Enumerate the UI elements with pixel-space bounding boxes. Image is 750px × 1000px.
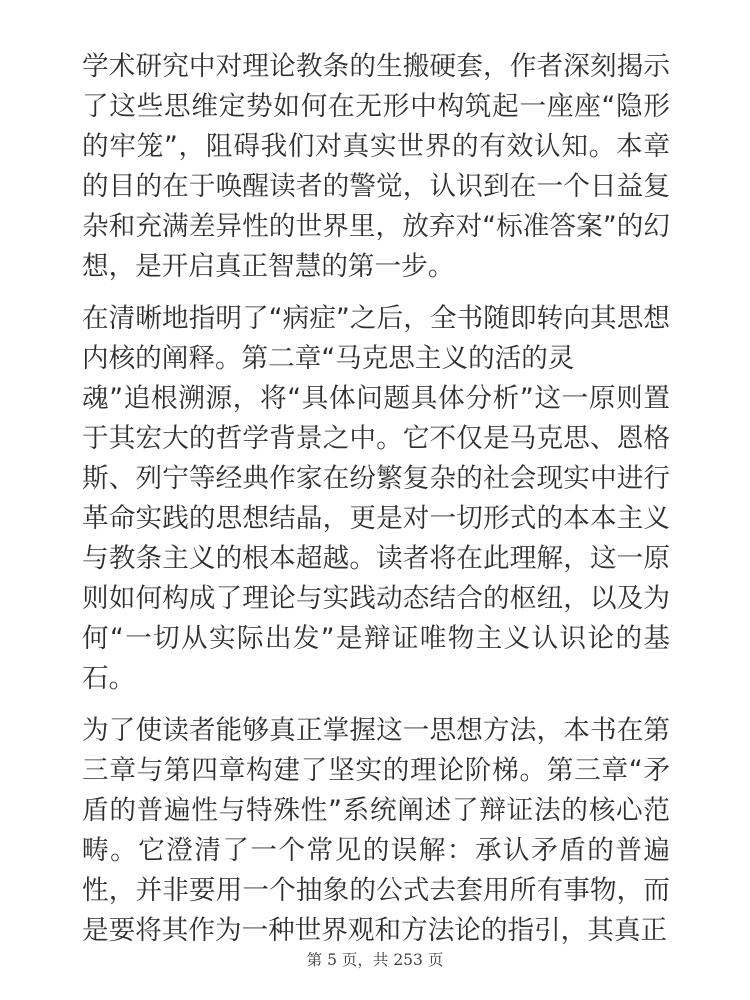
paragraph-text: 在清晰地指明了“病症”之后，全书随即转向其思想内核的阐释。第二章“马克思主义的活… <box>82 303 670 374</box>
document-page: 学术研究中对理论教条的生搬硬套，作者深刻揭示了这些思维定势如何在无形中构筑起一座… <box>0 0 750 1000</box>
page-content: 学术研究中对理论教条的生搬硬套，作者深刻揭示了这些思维定势如何在无形中构筑起一座… <box>82 47 670 951</box>
page-number-indicator: 第 5 页，共 253 页 <box>0 950 750 970</box>
body-paragraph-3: 为了使读者能够真正掌握这一思想方法，本书在第三章与第四章构建了坚实的理论阶梯。第… <box>82 711 670 951</box>
body-paragraph-1: 学术研究中对理论教条的生搬硬套，作者深刻揭示了这些思维定势如何在无形中构筑起一座… <box>82 47 670 287</box>
paragraph-text: 魂”追根溯源，将“具体问题具体分析”这一原则置于其宏大的哲学背景之中。它不仅是马… <box>82 383 670 694</box>
body-paragraph-2: 在清晰地指明了“病症”之后，全书随即转向其思想内核的阐释。第二章“马克思主义的活… <box>82 299 670 699</box>
paragraph-text: 学术研究中对理论教条的生搬硬套，作者深刻揭示了这些思维定势如何在无形中构筑起一座… <box>82 51 670 282</box>
paragraph-text: 为了使读者能够真正掌握这一思想方法，本书在第三章与第四章构建了坚实的理论阶梯。第… <box>82 715 670 946</box>
